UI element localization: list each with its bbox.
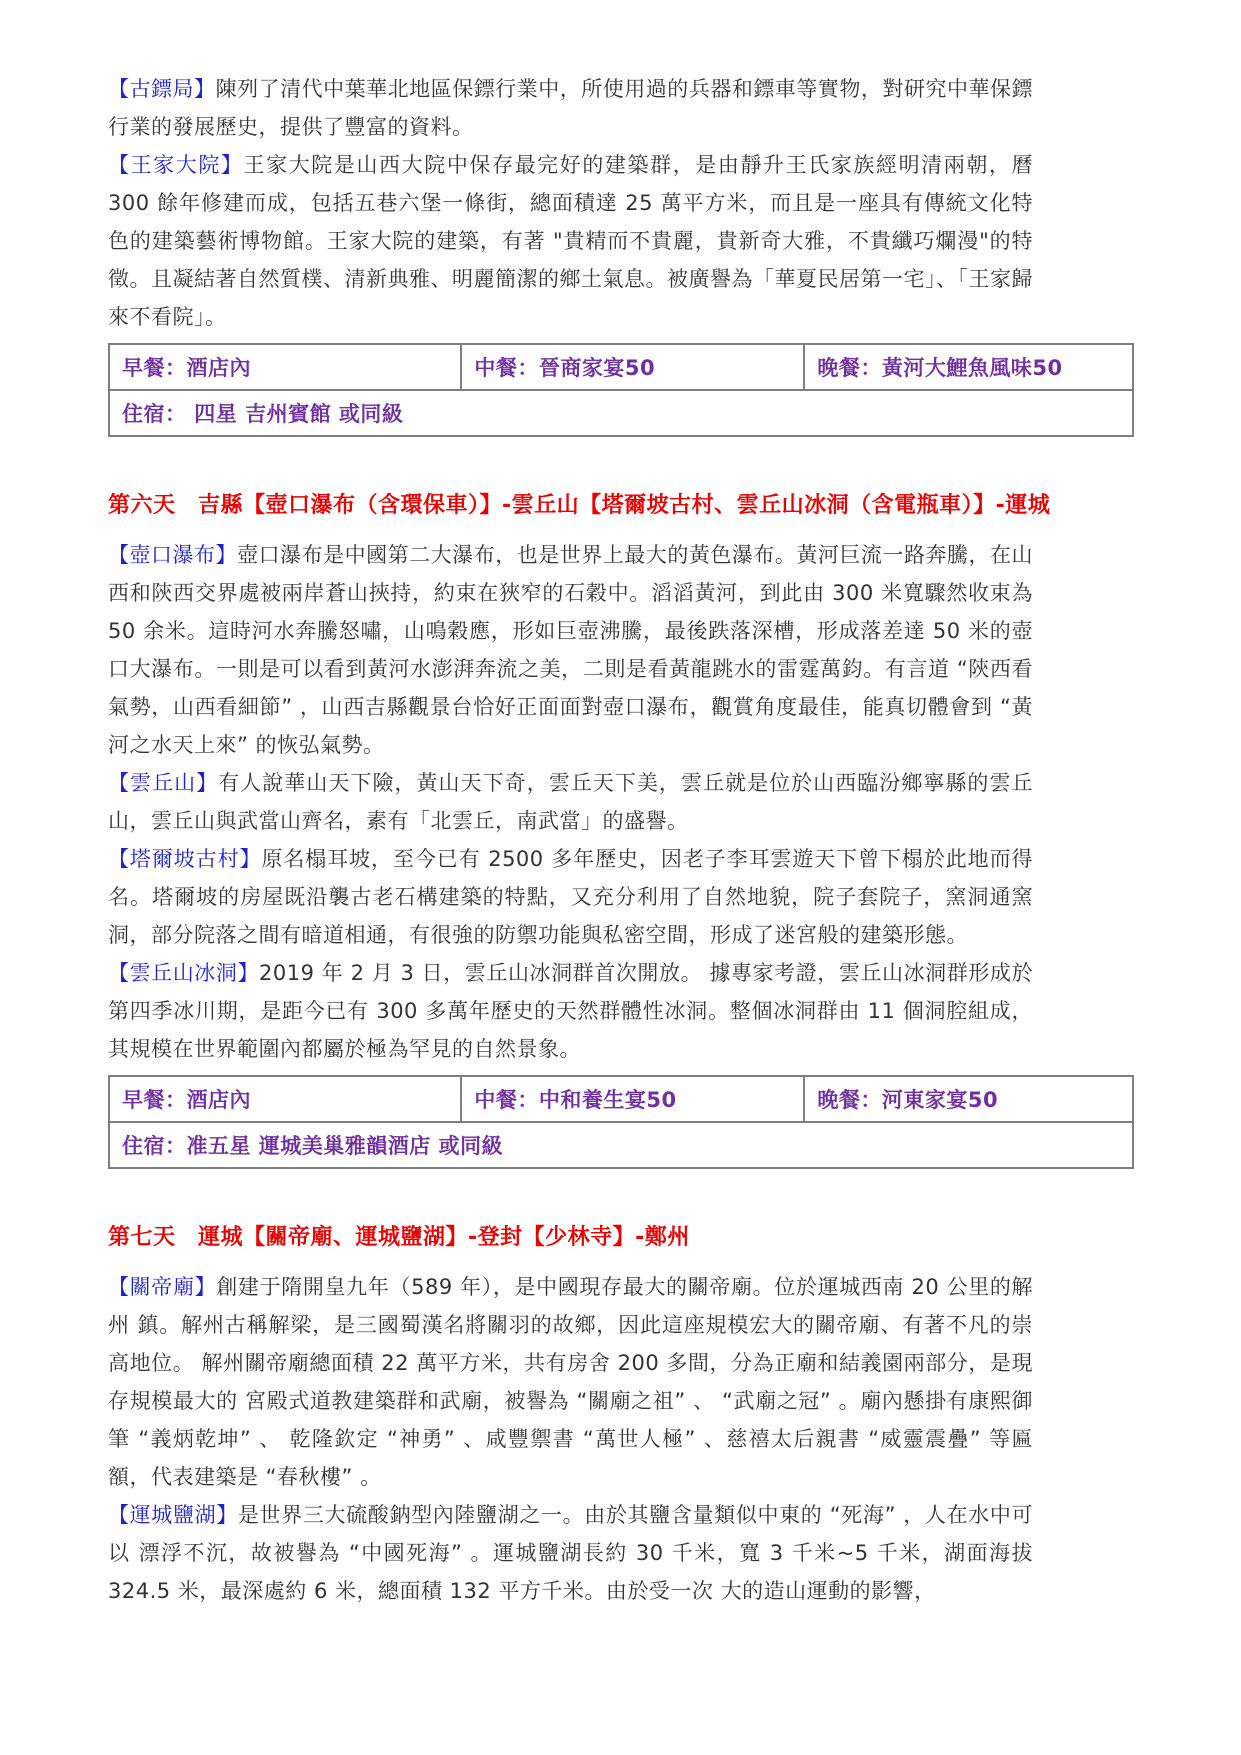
- day6-meals-row: 早餐：酒店內 中餐：中和養生宴50 晚餐：河東家宴50: [109, 1076, 1133, 1122]
- day6-lodging-cell: 住宿：准五星 運城美巢雅韻酒店 或同級: [109, 1122, 1133, 1168]
- paragraph-gubiaoju: 【古鏢局】陳列了清代中葉華北地區保鏢行業中，所使用過的兵器和鏢車等實物，對研究中…: [108, 70, 1033, 146]
- day5-lunch-cell: 中餐：晉商家宴50: [461, 344, 804, 390]
- attraction-label-taerpo-village: 【塔爾坡古村】: [108, 847, 261, 871]
- attraction-label-gubiaoju: 【古鏢局】: [108, 77, 216, 101]
- attraction-label-guandi-temple: 【關帝廟】: [108, 1275, 216, 1299]
- paragraph-yuncheng-salt-lake: 【運城鹽湖】是世界三大硫酸鈉型內陸鹽湖之一。由於其鹽含量類似中東的 “死海” ，…: [108, 1496, 1033, 1610]
- attraction-text-guandi-temple: 創建于隋開皇九年（589 年），是中國現存最大的關帝廟。位於運城西南 20 公里…: [108, 1275, 1033, 1489]
- attraction-label-wangjiadayuan: 【王家大院】: [108, 153, 244, 177]
- day5-meals-table: 早餐：酒店內 中餐：晉商家宴50 晚餐：黃河大鯉魚風味50 住宿： 四星 吉州賓…: [108, 343, 1134, 437]
- day6-heading: 第六天 吉縣【壺口瀑布（含環保車）】-雲丘山【塔爾坡古村、雲丘山冰洞（含電瓶車）…: [108, 491, 1168, 521]
- day5-dinner-cell: 晚餐：黃河大鯉魚風味50: [804, 344, 1133, 390]
- attraction-label-yunqiu-mountain: 【雲丘山】: [108, 771, 218, 795]
- day6-dinner-cell: 晚餐：河東家宴50: [804, 1076, 1133, 1122]
- paragraph-yunqiu-ice-cave: 【雲丘山冰洞】2019 年 2 月 3 日，雲丘山冰洞群首次開放。 據專家考證，…: [108, 954, 1033, 1068]
- day5-meals-row: 早餐：酒店內 中餐：晉商家宴50 晚餐：黃河大鯉魚風味50: [109, 344, 1133, 390]
- paragraph-wangjiadayuan: 【王家大院】王家大院是山西大院中保存最完好的建築群，是由靜升王氏家族經明清兩朝，…: [108, 146, 1033, 336]
- day5-lodging-row: 住宿： 四星 吉州賓館 或同級: [109, 390, 1133, 436]
- attraction-text-gubiaoju: 陳列了清代中葉華北地區保鏢行業中，所使用過的兵器和鏢車等實物，對研究中華保鏢行業…: [108, 77, 1033, 139]
- day6-breakfast-cell: 早餐：酒店內: [109, 1076, 461, 1122]
- paragraph-taerpo-village: 【塔爾坡古村】原名榻耳坡，至今已有 2500 多年歷史，因老子李耳雲遊天下曾下榻…: [108, 840, 1033, 954]
- attraction-label-hukou-waterfall: 【壺口瀑布】: [108, 543, 237, 567]
- day6-meals-table: 早餐：酒店內 中餐：中和養生宴50 晚餐：河東家宴50 住宿：准五星 運城美巢雅…: [108, 1075, 1134, 1169]
- attraction-text-hukou-waterfall: 壺口瀑布是中國第二大瀑布，也是世界上最大的黃色瀑布。黃河巨流一路奔騰，在山西和陝…: [108, 543, 1033, 757]
- paragraph-yunqiu-mountain: 【雲丘山】有人說華山天下險，黃山天下奇，雲丘天下美，雲丘就是位於山西臨汾鄉寧縣的…: [108, 764, 1033, 840]
- attraction-text-wangjiadayuan: 王家大院是山西大院中保存最完好的建築群，是由靜升王氏家族經明清兩朝，曆 300 …: [108, 153, 1033, 329]
- day6-lodging-row: 住宿：准五星 運城美巢雅韻酒店 或同級: [109, 1122, 1133, 1168]
- day5-breakfast-cell: 早餐：酒店內: [109, 344, 461, 390]
- attraction-text-yuncheng-salt-lake: 是世界三大硫酸鈉型內陸鹽湖之一。由於其鹽含量類似中東的 “死海” ，人在水中可以…: [108, 1503, 1033, 1603]
- attraction-label-yunqiu-ice-cave: 【雲丘山冰洞】: [108, 961, 259, 985]
- attraction-text-yunqiu-mountain: 有人說華山天下險，黃山天下奇，雲丘天下美，雲丘就是位於山西臨汾鄉寧縣的雲丘山，雲…: [108, 771, 1033, 833]
- itinerary-page: 【古鏢局】陳列了清代中葉華北地區保鏢行業中，所使用過的兵器和鏢車等實物，對研究中…: [0, 0, 1241, 1610]
- day7-heading: 第七天 運城【關帝廟、運城鹽湖】-登封【少林寺】-鄭州: [108, 1223, 1168, 1253]
- day6-lunch-cell: 中餐：中和養生宴50: [461, 1076, 804, 1122]
- attraction-label-yuncheng-salt-lake: 【運城鹽湖】: [108, 1503, 238, 1527]
- day5-lodging-cell: 住宿： 四星 吉州賓館 或同級: [109, 390, 1133, 436]
- paragraph-hukou-waterfall: 【壺口瀑布】壺口瀑布是中國第二大瀑布，也是世界上最大的黃色瀑布。黃河巨流一路奔騰…: [108, 536, 1033, 764]
- paragraph-guandi-temple: 【關帝廟】創建于隋開皇九年（589 年），是中國現存最大的關帝廟。位於運城西南 …: [108, 1268, 1033, 1496]
